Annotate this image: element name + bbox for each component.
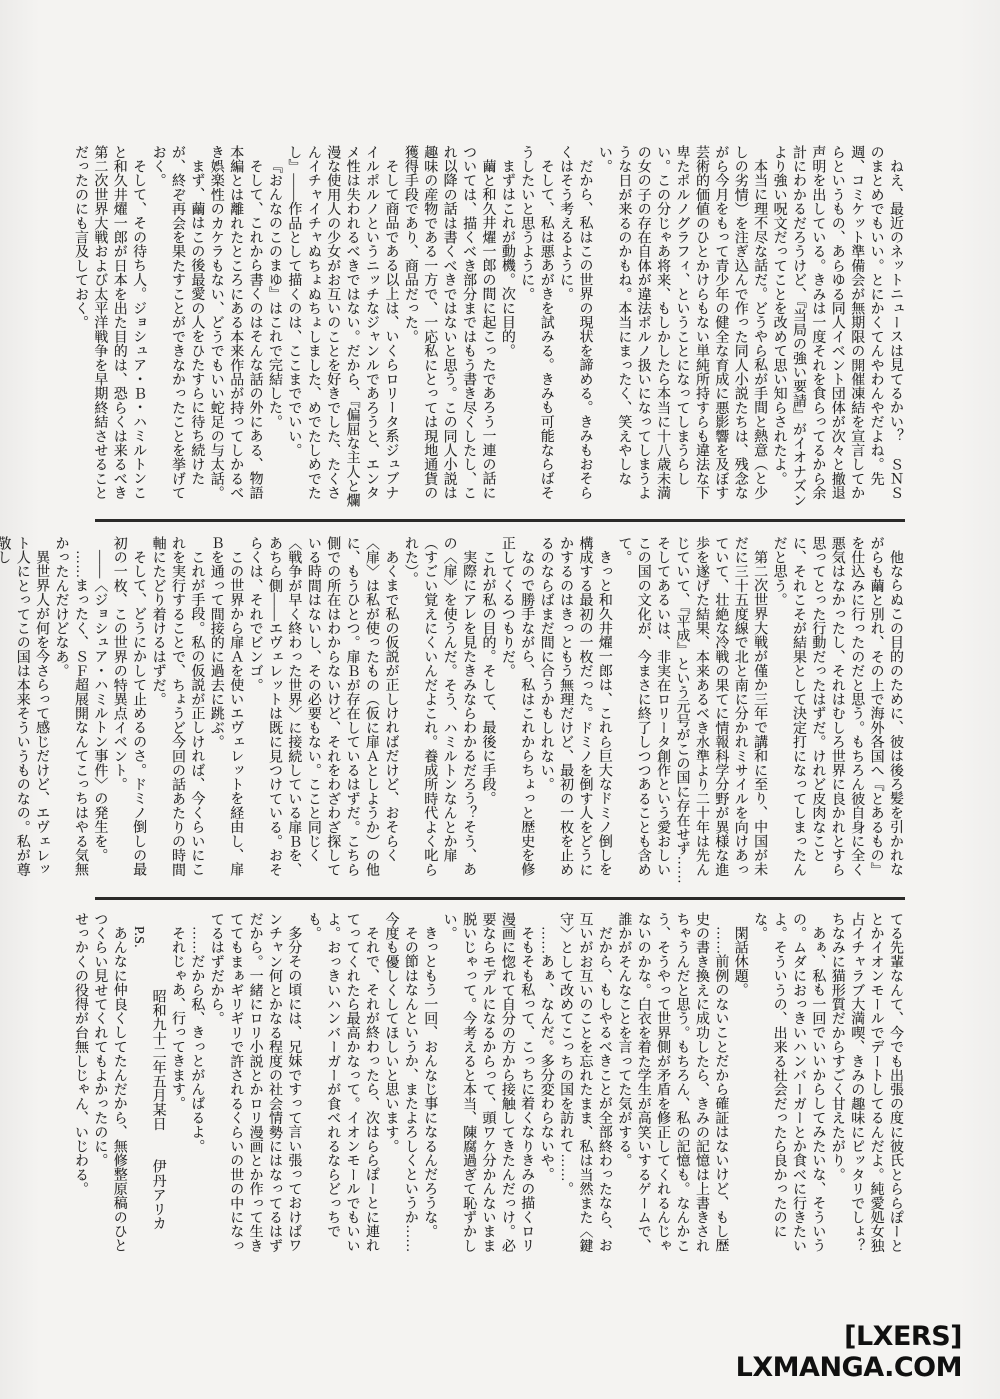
letter-paragraph: きっともう一回、おんなじ事になるんだろうな。: [420, 912, 439, 1262]
letter-paragraph: きっと和久井燿一郎は、これら巨大なドミノ倒しを構成する最初の一枚だった。ドミノを…: [536, 536, 614, 888]
letter-paragraph: その節はなんというか、またよろしくというか……今度も優しくしてほしいと思います。: [381, 912, 420, 1262]
letter-paragraph: まず、繭はこの後最愛の人をひたすらに待ち続けたが、終ぞ再会を果たすことができなか…: [148, 145, 206, 511]
letter-paragraph: ……だから私、きっとがんばるよ。: [187, 912, 206, 1262]
letter-paragraph: ――〈ジョシュア・ハミルトン事件〉の発生を。: [90, 536, 109, 888]
letter-section-1: ねえ、最近のネットニュースは見てるかい？ ＳＮＳのまとめでもいい。とにかくてんや…: [71, 145, 905, 511]
letter-paragraph: これが私の目的。そして、最後に手段。: [478, 536, 497, 888]
letter-paragraph: そして、私は悪あがきを試みる。きみも可能ならばそうしたいと思うように。: [517, 145, 556, 511]
letter-paragraph: 異世界人が何を今さらって感じだけど、エヴェレット人にとってこの国は本来そういうも…: [0, 536, 51, 888]
letter-paragraph: せっかくの役得が台無しじゃん、いじわる。: [71, 912, 90, 1262]
letter-paragraph: 第二次世界大戦が僅か三年で講和に至り、中国が未だに三十五度線で北と南に分かれミサ…: [614, 536, 769, 888]
letter-paragraph: ……前例のないことだから確証はないけど、もし歴史の書き換えに成功したら、きみの記…: [614, 912, 730, 1262]
letter-paragraph: それで、それが終わったら、次はららぽーとに連れてってくれたら最高かなって。イオン…: [303, 912, 381, 1262]
letter-section-2: 他ならぬこの目的のために、彼は後ろ髪を引かれながらも繭と別れ、その上で海外各国へ…: [0, 536, 905, 888]
letter-paragraph: これが手段。私の仮説が正しければ、今くらいにこれを実行することで、ちょうど今回の…: [148, 536, 206, 888]
letter-paragraph: 多分その頃には、兄妹ですって言い張っておけばワンチャン何とかなる程度の社会情勢に…: [206, 912, 303, 1262]
watermark: [LXERS] LXMANGA.COM: [736, 1321, 962, 1383]
letter-paragraph: だから、もしやるべきことが全部終わったなら、お互いがお互いのことを忘れたまま、私…: [556, 912, 614, 1262]
letter-paragraph: だから、私はこの世界の現状を諦める。きみもおそらくはそう考えるように。: [556, 145, 595, 511]
letter-paragraph: 他ならぬこの目的のために、彼は後ろ髪を引かれながらも繭と別れ、その上で海外各国へ…: [769, 536, 905, 888]
letter-paragraph: 実際にアレを見たきみならわかるだろう？そう、あの〈扉〉を使うんだ。そう、ハミルト…: [400, 536, 478, 888]
letter-paragraph: そして、その待ち人。ジョシュア・Ｂ・ハミルトンこと和久井燿一郎が日本を出た目的は…: [71, 145, 149, 511]
letter-paragraph: まずはこれが動機。次に目的。: [497, 145, 516, 511]
letter-paragraph: そして商品である以上は、いくらロリータ系ジュブナイルポルノというニッチなジャンル…: [284, 145, 400, 511]
letter-paragraph: そして、どうにかして止めるのさ。ドミノ倒しの最初の一枚、この世界の特異点イベント…: [109, 536, 148, 888]
watermark-group-tag: [LXERS]: [736, 1321, 962, 1352]
section-divider-top: [95, 519, 905, 522]
letter-paragraph: 昭和九十二年五月某日 伊丹アリカ: [148, 912, 167, 1262]
letter-paragraph: そして、これから書くのはそんな話の外にある、物語本編とは離れたところにある本来作…: [206, 145, 264, 511]
watermark-site-name: LXMANGA.COM: [736, 1352, 962, 1383]
letter-paragraph: 閑話休題。: [730, 912, 749, 1262]
letter-paragraph: ねえ、最近のネットニュースは見てるかい？ ＳＮＳのまとめでもいい。とにかくてんや…: [769, 145, 905, 511]
letter-paragraph: あくまで私の仮説が正しければだけど、おそらく〈扉〉は私が使ったもの（仮に扉Ａとし…: [245, 536, 400, 888]
letter-paragraph: あんなに仲良くしてたんだから、無修整原稿のひとつくらい見せてくれてもよかったのに…: [90, 912, 129, 1262]
letter-paragraph: てる先輩なんて、今でも出張の度に彼氏とららぽーととかイオンモールでデートしてるん…: [827, 912, 905, 1262]
letter-paragraph: 本当に理不尽な話だ。どうやら私が手間と熱意（と少しの劣情）を注ぎ込んで作った同人…: [595, 145, 770, 511]
letter-paragraph: ……あぁ、なんだ。多分変わらないや。: [536, 912, 555, 1262]
letter-paragraph: 繭と和久井燿一郎の間に起こったであろう一連の話については、描くべき部分まではもう…: [400, 145, 497, 511]
letter-section-3: てる先輩なんて、今でも出張の度に彼氏とららぽーととかイオンモールでデートしてるん…: [71, 912, 905, 1262]
letter-paragraph: そもそも私って、こっちに着くなりきみの描くロリ漫画に惚れて自分の方から接触してき…: [439, 912, 536, 1262]
letter-paragraph: なので勝手ながら、私はこれからちょっと歴史を修正してくるつもりだ。: [497, 536, 536, 888]
letter-paragraph: 『おんなのこのまゆ』はこれで完結した。: [265, 145, 284, 511]
letter-paragraph: ……まったく、ＳＦ超展開なんてこっちはやる気無かったんだけどなあ。: [51, 536, 90, 888]
letter-paragraph: あぁ、私も一回でいいからしてみたいな、そういうの。ムダにおっきいハンバーガーとか…: [750, 912, 828, 1262]
section-divider-bottom: [95, 897, 905, 900]
scanned-afterword-page: ねえ、最近のネットニュースは見てるかい？ ＳＮＳのまとめでもいい。とにかくてんや…: [0, 0, 1000, 1399]
letter-paragraph: この世界から扉Ａを使いエヴェレットを経由し、扉Ｂを通って間接的に過去に跳ぶ。: [206, 536, 245, 888]
letter-paragraph: P.S.: [129, 912, 148, 1262]
letter-paragraph: それじゃあ、行ってきます。: [168, 912, 187, 1262]
